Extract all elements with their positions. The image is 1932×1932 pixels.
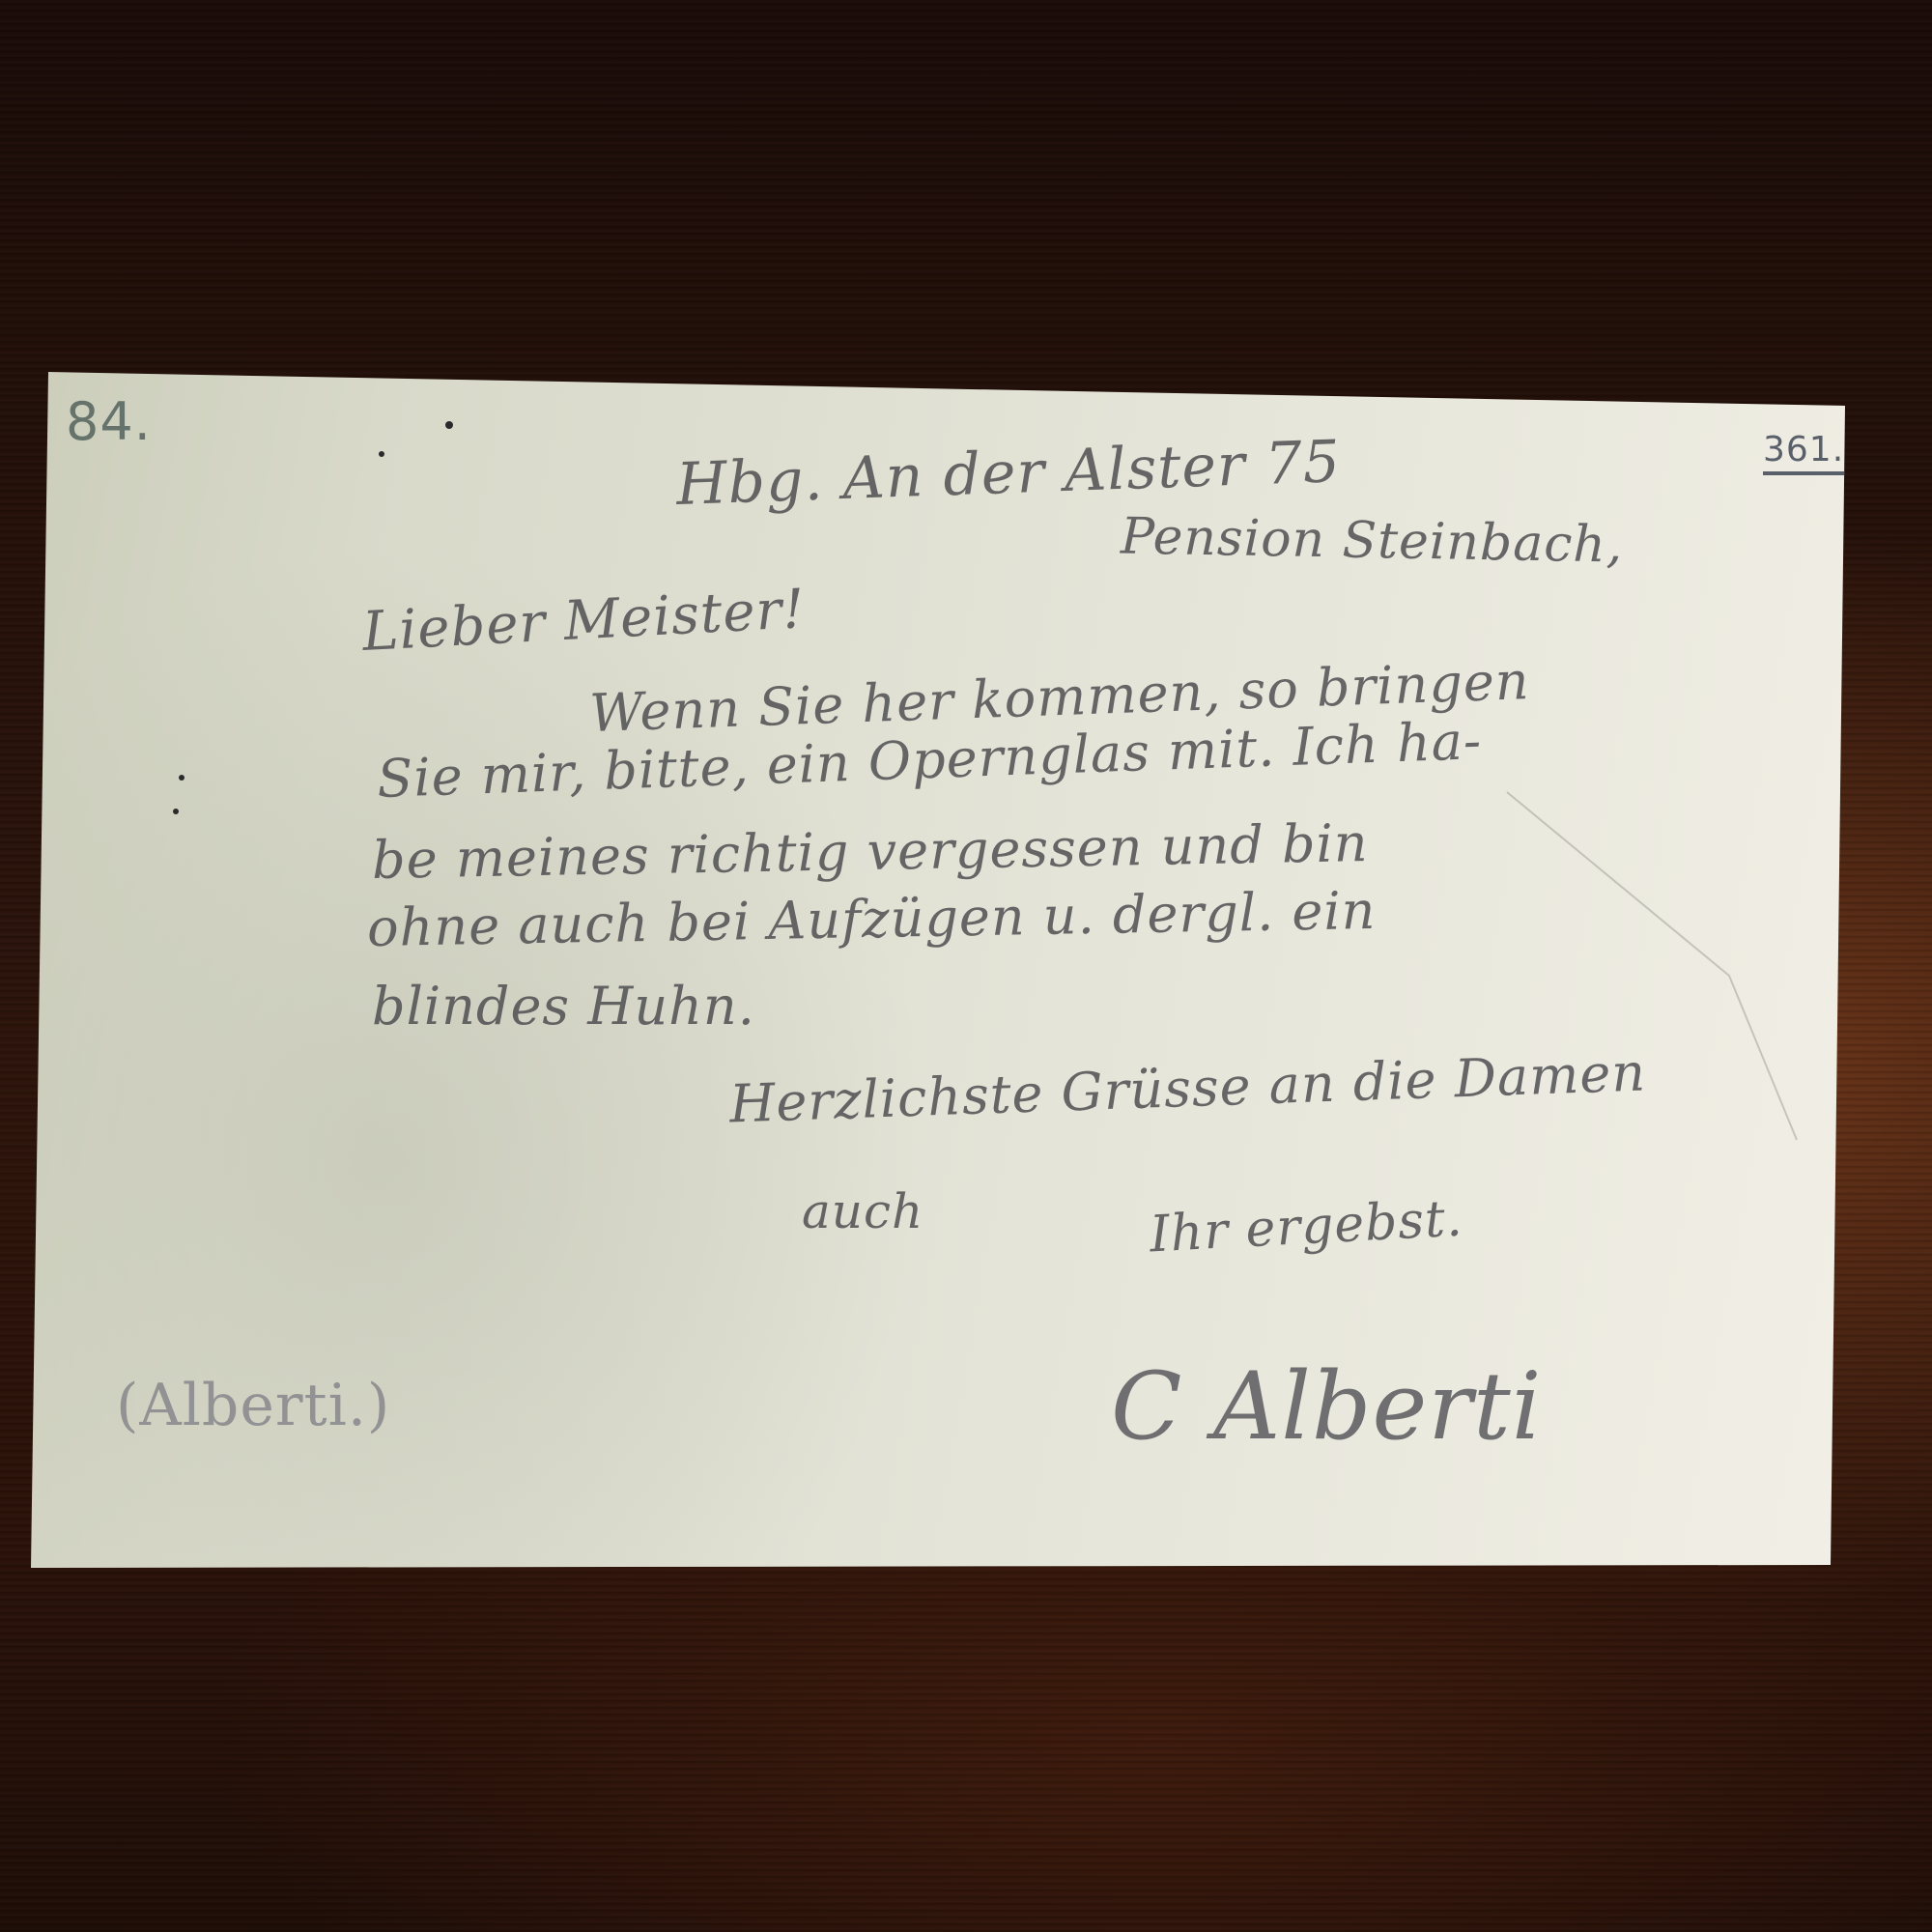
annotation: (Alberti.): [116, 1372, 390, 1439]
archive-number-left: 84.: [66, 391, 152, 452]
body-line-5: blindes Huhn.: [372, 976, 755, 1037]
address-line-2: Pension Steinbach,: [1121, 507, 1624, 574]
archive-number-right: 361.: [1763, 430, 1844, 469]
signature: C Alberti: [1111, 1352, 1542, 1461]
postcard: [0, 0, 1932, 1932]
archive-number-right-text: 361.: [1763, 430, 1844, 475]
closing-word: auch: [802, 1183, 923, 1239]
